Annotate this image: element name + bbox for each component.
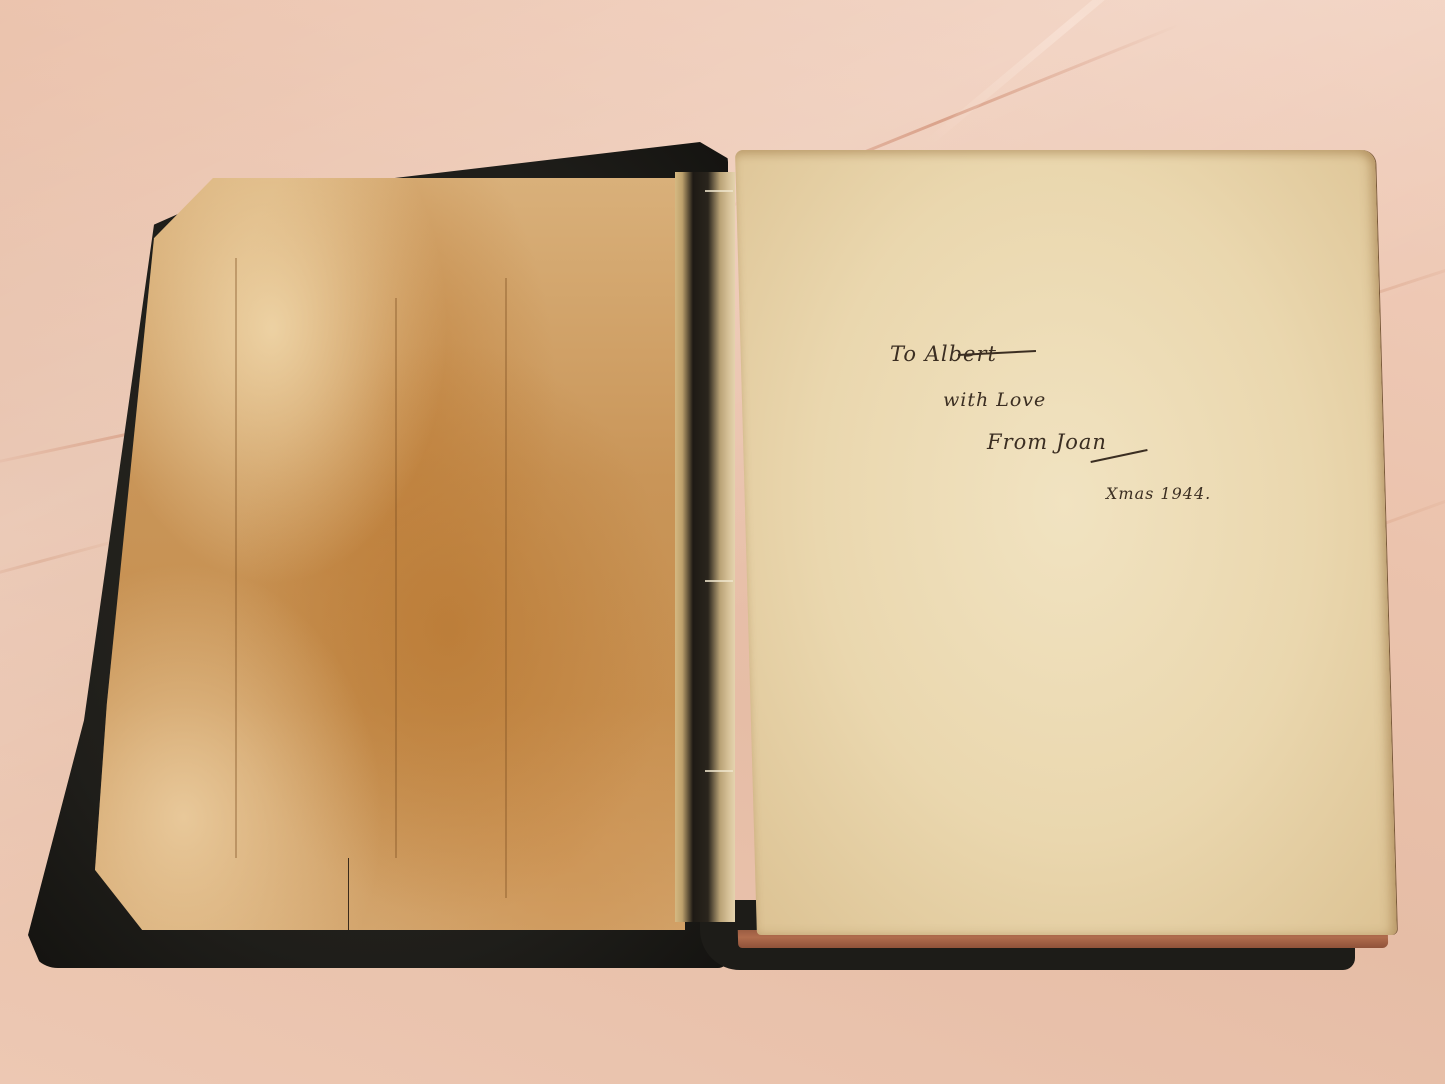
- binding-thread: [705, 770, 733, 772]
- inscription-line-from: From Joan: [987, 430, 1107, 454]
- binding-thread: [705, 580, 733, 582]
- binding-thread: [705, 190, 733, 192]
- inscription-line-with-love: with Love: [943, 389, 1046, 411]
- stain-streak: [395, 298, 397, 858]
- stain-streak: [505, 278, 507, 898]
- marble-highlight: [922, 0, 1218, 149]
- stain-streak: [235, 258, 237, 858]
- inscription-line-date: Xmas 1944.: [1106, 484, 1211, 503]
- book-spine-gutter: [675, 172, 735, 922]
- left-pastedown-page: [95, 178, 685, 930]
- right-flyleaf-page: [735, 150, 1397, 935]
- paper-crack: [348, 858, 349, 930]
